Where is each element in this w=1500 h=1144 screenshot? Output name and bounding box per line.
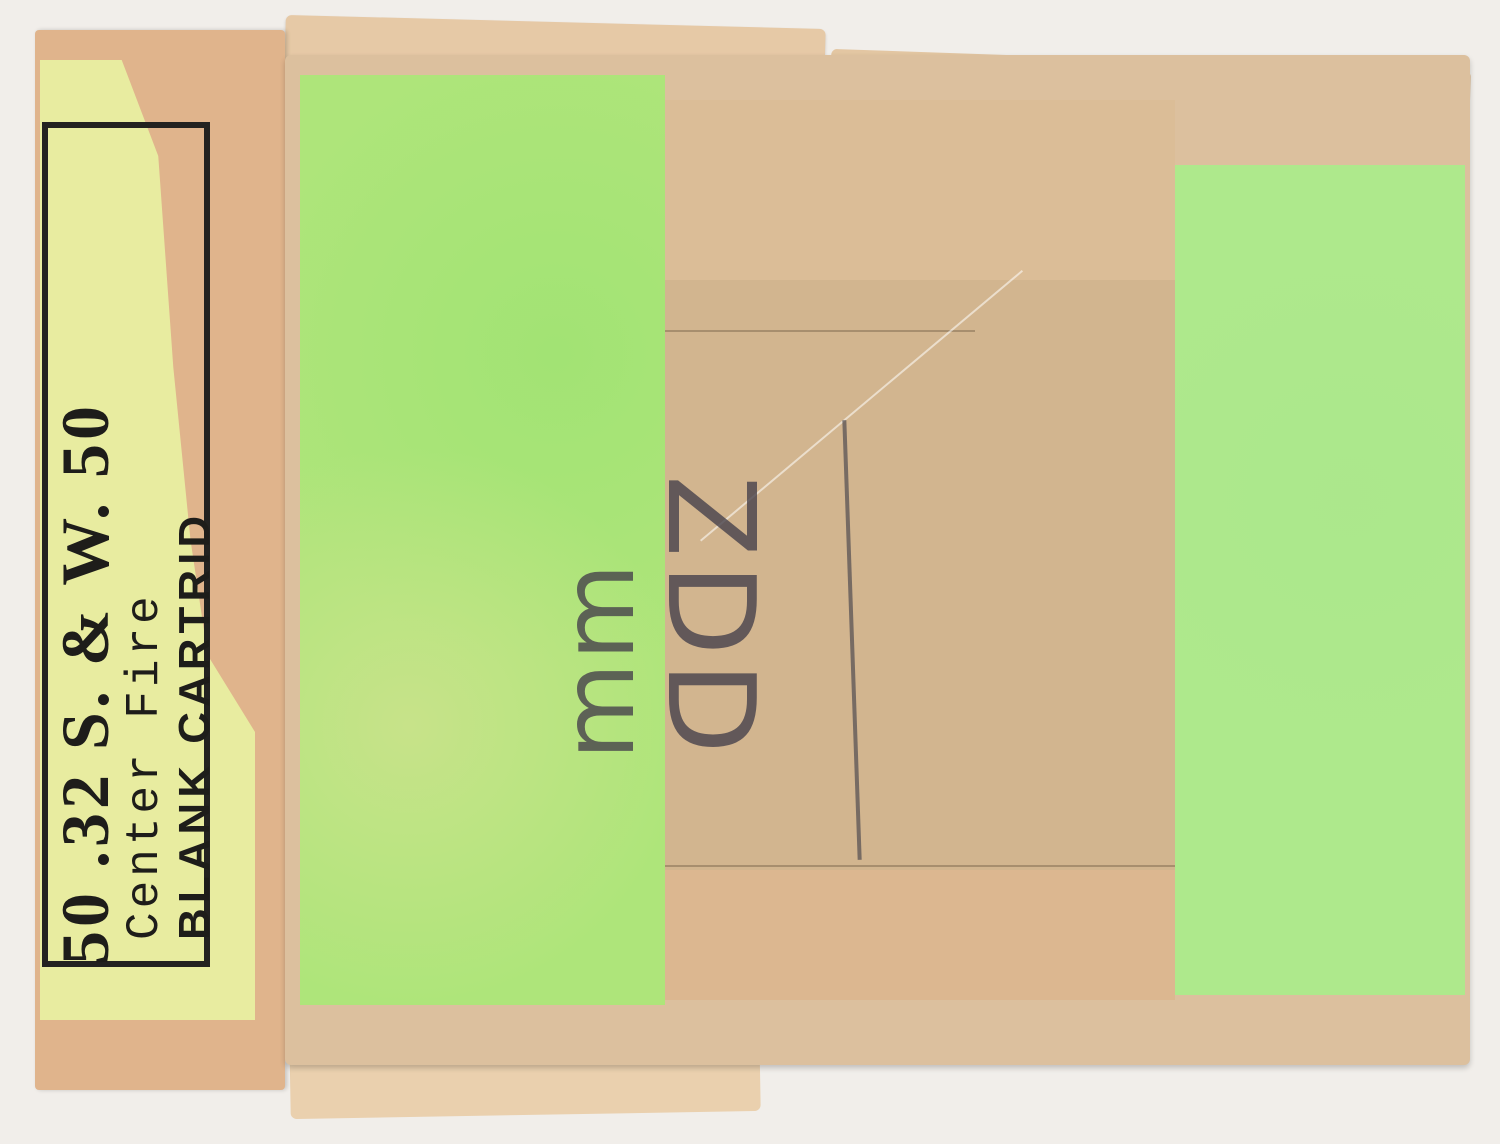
kraft-area-bottom — [665, 870, 1175, 1000]
pencil-text-2: mm — [540, 561, 657, 760]
label-line-description: BLANK CARTRID — [170, 100, 220, 1000]
kraft-area-top — [665, 100, 1175, 280]
label-line-caliber: 50 .32 S. & W. 50 — [50, 100, 120, 1000]
seal-edge-bottom — [665, 865, 1175, 867]
green-paper-band-right — [1175, 165, 1465, 995]
end-label-text: 50 .32 S. & W. 50 Center Fire BLANK CART… — [40, 100, 230, 1000]
pencil-writing: ZDD mm — [560, 310, 720, 760]
pencil-text-1: ZDD — [640, 475, 779, 760]
label-line-type: Center Fire — [120, 100, 170, 1000]
